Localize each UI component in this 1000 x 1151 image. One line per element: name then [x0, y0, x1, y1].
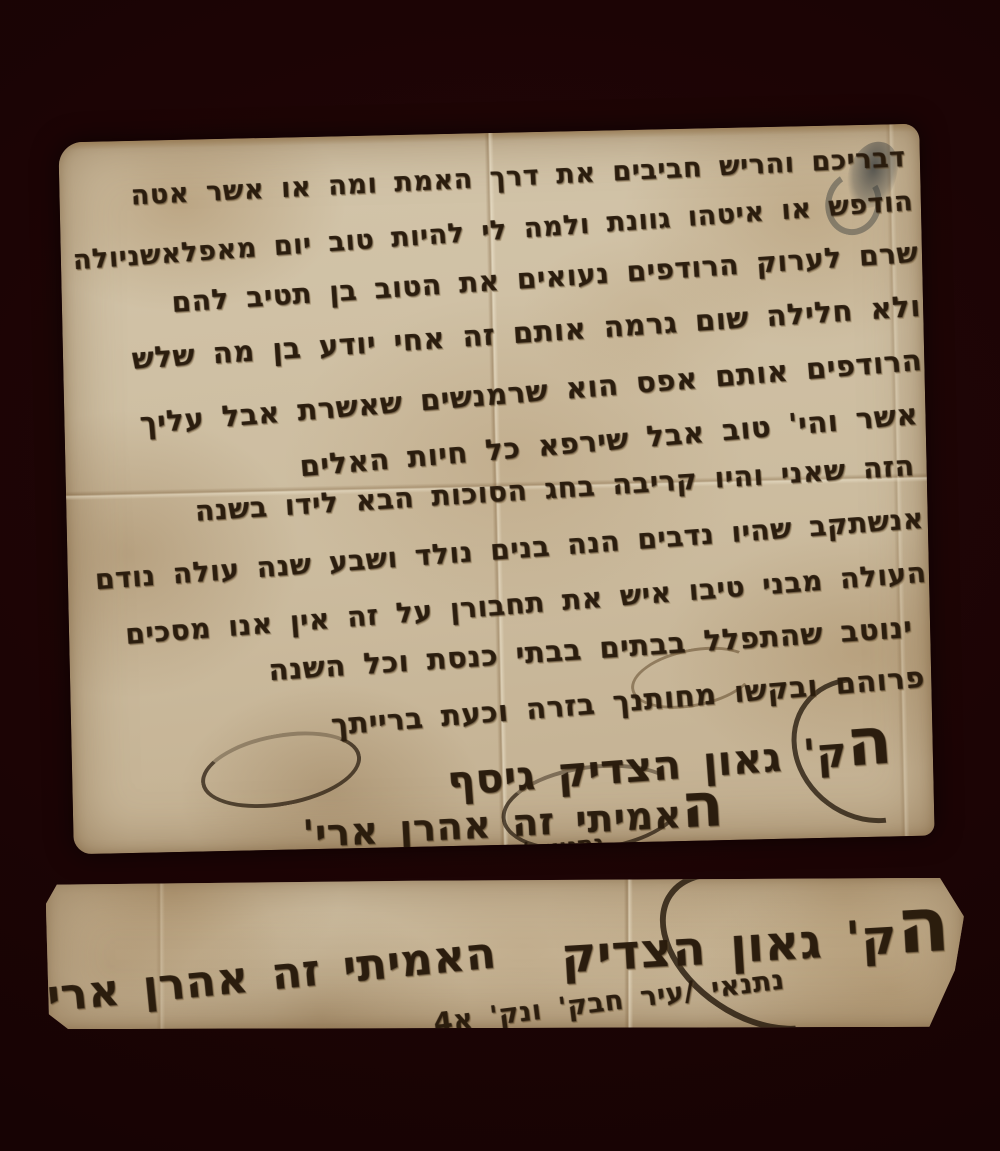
detail-strip-text-block: הק' גאון הצדיקהאמיתי זה אהרן ארי'נתנאי /…: [46, 878, 964, 880]
signature-detail-strip: הק' גאון הצדיקהאמיתי זה אהרן ארי'נתנאי /…: [46, 878, 964, 1029]
torn-top-edge: [58, 124, 919, 151]
handwritten-line: האמיתי זה אהרן ארי': [46, 927, 499, 1024]
manuscript-photograph: דבריכם והריש חביבים את דרך האמת ומה או א…: [0, 0, 1000, 1151]
manuscript-page: דבריכם והריש חביבים את דרך האמת ומה או א…: [58, 124, 934, 855]
